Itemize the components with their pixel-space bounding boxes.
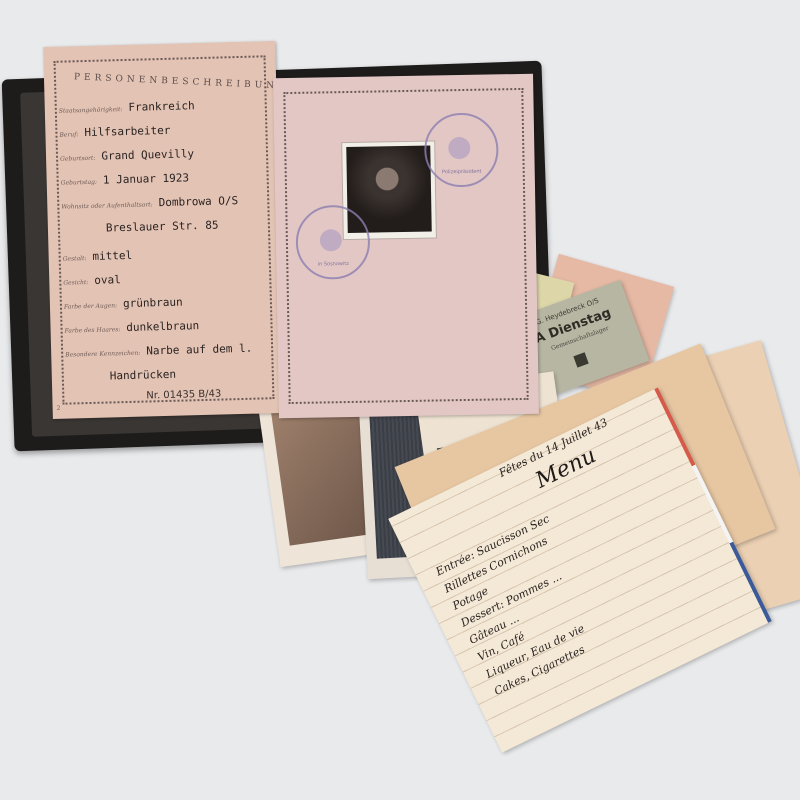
field-value: 1 Januar 1923: [103, 171, 189, 186]
field-value: Frankreich: [128, 99, 195, 114]
field-label: Besondere Kennzeichen:: [65, 350, 140, 359]
field-value: Handrücken: [110, 368, 177, 383]
field-value: Narbe auf dem l.: [146, 342, 252, 358]
ticket-mark: [573, 352, 588, 367]
field-value: mittel: [92, 249, 132, 263]
field-value: Dombrowa O/S: [158, 194, 238, 209]
field-row: Gestalt:mittel: [63, 249, 133, 264]
page-number: 2: [57, 405, 61, 412]
id-right-page: Polizeipräsident in Sosnowitz: [273, 74, 539, 418]
field-label: Geburtsort:: [60, 155, 95, 163]
field-row: Gesicht:oval: [63, 273, 121, 288]
field-label: Staatsangehörigkeit:: [59, 106, 123, 115]
field-label: Farbe des Haares:: [65, 326, 121, 334]
field-label: Gestalt:: [63, 255, 87, 263]
field-label: Gesicht:: [63, 279, 88, 287]
field-label: Wohnsitz oder Aufenthaltsort:: [61, 201, 153, 210]
field-value: Grand Quevilly: [101, 147, 194, 162]
field-label: Geburtstag:: [61, 179, 97, 187]
menu-lines: Entrée: Saucisson SecRillettes Cornichon…: [432, 509, 611, 700]
field-value: oval: [94, 273, 121, 287]
serial-number: Nr. 01435 B/43: [146, 389, 221, 402]
field-value: dunkelbraun: [126, 319, 199, 334]
field-value: Hilfsarbeiter: [84, 124, 170, 139]
field-value: grünbraun: [123, 296, 183, 311]
field-label: Beruf:: [59, 131, 78, 138]
photo-scene: Troppauer Lichtspiele · Platz 0,60 I. G.…: [0, 0, 800, 800]
id-left-page: PERSONENBESCHREIBUNG Staatsangehörigkeit…: [43, 41, 285, 419]
field-label: Farbe der Augen:: [64, 302, 117, 310]
